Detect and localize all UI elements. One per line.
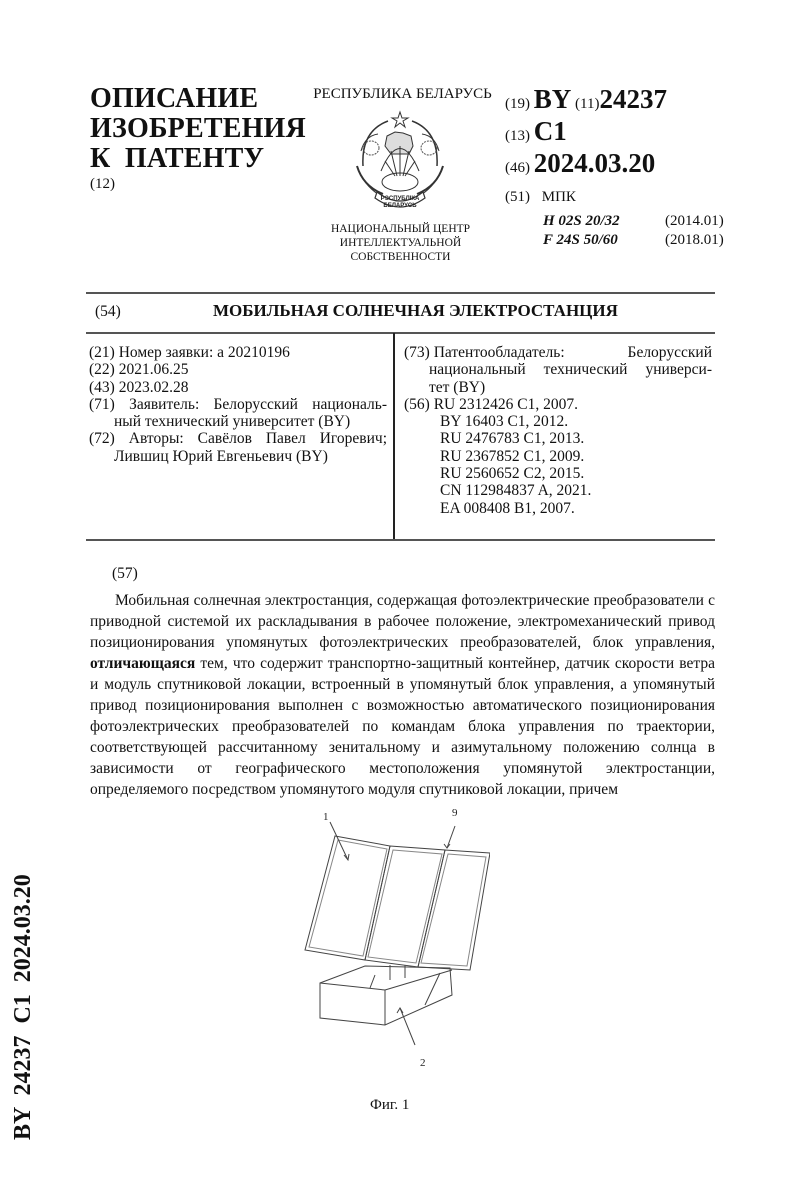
figure-caption: Фиг. 1 (370, 1097, 409, 1114)
abstract-part-2: тем, что содержит транспортно-защитный к… (90, 655, 715, 798)
code: (22) (89, 361, 115, 378)
reference: RU 2312426 C1, 2007. (434, 396, 578, 413)
divider-top (86, 292, 715, 294)
title-line-3: К ПАТЕНТУ (90, 144, 306, 174)
code-51: (51) (505, 189, 530, 205)
value: Номер заявки: а 20210196 (119, 344, 290, 361)
reference: RU 2476783 C1, 2013. (404, 430, 712, 447)
ipc-row: H 02S 20/32(2014.01) (543, 212, 724, 231)
country-code: BY (534, 84, 572, 114)
side-stamp: BY 24237 C1 2024.03.20 (10, 874, 37, 1140)
office-line-1: НАЦИОНАЛЬНЫЙ ЦЕНТР (318, 222, 483, 236)
ipc-version: (2018.01) (665, 232, 724, 248)
patent-number-line: (19) BY (11)24237 (505, 84, 667, 115)
biblio-right: (73) Патентообладатель:Белорусский нацио… (404, 344, 712, 517)
figure-label-9: 9 (452, 807, 458, 819)
document-type-title: ОПИСАНИЕ ИЗОБРЕТЕНИЯ К ПАТЕНТУ (90, 84, 306, 174)
invention-title: МОБИЛЬНАЯ СОЛНЕЧНАЯ ЭЛЕКТРОСТАНЦИЯ (213, 301, 618, 321)
value: 2023.02.28 (119, 379, 189, 396)
biblio-item-22: (22) 2021.06.25 (89, 361, 387, 378)
value: 2021.06.25 (119, 361, 189, 378)
state-emblem-icon: РЭСПУБЛІКА БЕЛАРУСЬ (343, 106, 457, 216)
code: (21) (89, 344, 115, 361)
divider-bottom (86, 539, 715, 541)
kind-code: C1 (534, 116, 567, 146)
abstract-bold-term: отличающаяся (90, 655, 195, 672)
reference: BY 16403 C1, 2012. (404, 413, 712, 430)
biblio-item-21: (21) Номер заявки: а 20210196 (89, 344, 387, 361)
abstract-part-1: Мобильная солнечная электростанция, соде… (90, 592, 715, 651)
ipc-row: F 24S 50/60(2018.01) (543, 231, 724, 250)
country-name: РЕСПУБЛИКА БЕЛАРУСЬ (305, 86, 500, 103)
column-divider (393, 333, 395, 540)
biblio-item-43: (43) 2023.02.28 (89, 379, 387, 396)
code: (43) (89, 379, 115, 396)
biblio-left: (21) Номер заявки: а 20210196 (22) 2021.… (89, 344, 387, 465)
biblio-item-71-cont: ный технический университет (BY) (89, 413, 387, 430)
figure-label-2: 2 (420, 1057, 426, 1069)
code-46: (46) (505, 160, 530, 176)
code: (72) (89, 430, 115, 447)
ipc-class: H 02S 20/32 (543, 212, 665, 231)
abstract-code: (57) (112, 565, 138, 583)
emblem-text-2: БЕЛАРУСЬ (383, 203, 417, 209)
biblio-item-72: (72) Авторы: Савёлов Павел Игоревич; (89, 430, 387, 447)
code: (71) (89, 396, 115, 413)
reference: CN 112984837 A, 2021. (404, 482, 712, 499)
ipc-label-line: (51) МПК (505, 189, 576, 206)
references: (56) RU 2312426 C1, 2007. (404, 396, 712, 413)
patent-number: 24237 (599, 84, 667, 114)
publication-date-line: (46) 2024.03.20 (505, 148, 655, 179)
emblem-text-1: РЭСПУБЛІКА (381, 196, 420, 202)
patent-holder-line-2: национальный технический универси- (404, 361, 712, 378)
patent-holder-line-3: тет (BY) (404, 379, 712, 396)
value: Заявитель: Белорусский националь- (129, 396, 387, 413)
code-73: (73) (404, 344, 430, 361)
biblio-item-72-cont: Лившиц Юрий Евгеньевич (BY) (89, 448, 387, 465)
value: Авторы: Савёлов Павел Игоревич; (129, 430, 387, 447)
title-line-1: ОПИСАНИЕ (90, 84, 306, 114)
ipc-version: (2014.01) (665, 213, 724, 229)
divider-mid (86, 332, 715, 334)
figure-1-drawing: 1 9 2 (290, 800, 490, 1090)
abstract-text: Мобильная солнечная электростанция, соде… (90, 590, 715, 800)
biblio-item-71: (71) Заявитель: Белорусский националь- (89, 396, 387, 413)
code-12: (12) (90, 176, 115, 193)
title-line-2: ИЗОБРЕТЕНИЯ (90, 114, 306, 144)
kind-code-line: (13) C1 (505, 116, 567, 147)
code-56: (56) (404, 396, 430, 413)
ipc-list: H 02S 20/32(2014.01) F 24S 50/60(2018.01… (543, 212, 724, 250)
patent-office-name: НАЦИОНАЛЬНЫЙ ЦЕНТР ИНТЕЛЛЕКТУАЛЬНОЙ СОБС… (318, 222, 483, 264)
reference: RU 2560652 C2, 2015. (404, 465, 712, 482)
ipc-class: F 24S 50/60 (543, 231, 665, 250)
ipc-label: МПК (542, 189, 576, 205)
figure-label-1: 1 (323, 811, 329, 823)
office-line-3: СОБСТВЕННОСТИ (318, 250, 483, 264)
title-code: (54) (95, 303, 121, 321)
code-19: (19) (505, 96, 530, 112)
patent-holder: (73) Патентообладатель:Белорусский (404, 344, 712, 361)
code-11: (11) (575, 96, 599, 112)
reference: RU 2367852 C1, 2009. (404, 448, 712, 465)
publication-date: 2024.03.20 (534, 148, 656, 178)
office-line-2: ИНТЕЛЛЕКТУАЛЬНОЙ (318, 236, 483, 250)
code-13: (13) (505, 128, 530, 144)
reference: EA 008408 B1, 2007. (404, 500, 712, 517)
